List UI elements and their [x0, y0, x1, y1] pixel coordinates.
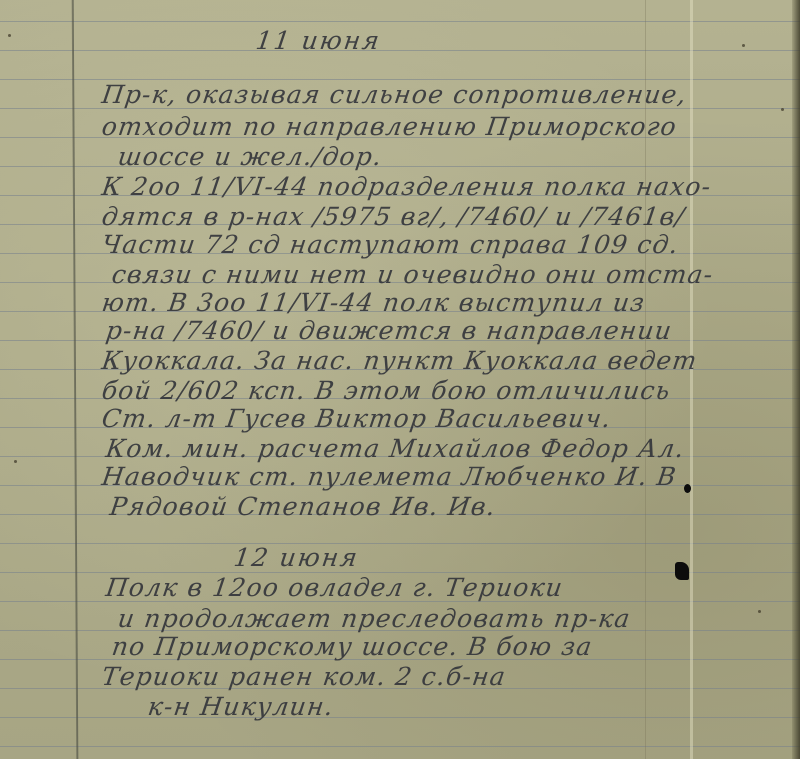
paper-hole: [675, 562, 689, 580]
paper-speck: [781, 108, 784, 111]
ink-blot: [684, 484, 691, 493]
entry-line: ют. В 3оо 11/VI-44 полк выступил из: [100, 288, 647, 317]
entry-line: Териоки ранен ком. 2 с.б-на: [100, 662, 508, 691]
margin-line: [72, 0, 79, 759]
entry-line: и продолжает преследовать пр-ка: [116, 604, 633, 633]
entry-line: связи с ними нет и очевидно они отста-: [110, 260, 715, 289]
paper-edge-shadow: [792, 0, 800, 759]
entry-line: по Приморскому шоссе. В бою за: [110, 632, 595, 661]
entry-line: отходит по направлению Приморского: [100, 112, 679, 141]
entry-line: Куоккала. За нас. пункт Куоккала ведет: [100, 346, 700, 375]
entry-line: Наводчик ст. пулемета Любченко И. В: [100, 462, 679, 491]
entry-line: р-на /7460/ и движется в направлении: [104, 316, 674, 345]
entry-line: Пр-к, оказывая сильное сопротивление,: [100, 80, 689, 109]
entry-line: Части 72 сд наступают справа 109 сд.: [100, 230, 681, 259]
entry-heading-11-june: 11 июня: [254, 26, 383, 55]
paper-speck: [14, 460, 17, 463]
entry-line: дятся в р-нах /5975 вг/, /7460/ и /7461в…: [100, 202, 687, 231]
diary-page: 11 июня Пр-к, оказывая сильное сопротивл…: [0, 0, 800, 759]
entry-line: к-н Никулин.: [146, 692, 336, 721]
paper-speck: [742, 44, 745, 47]
paper-fold: [690, 0, 693, 759]
entry-line: Ст. л-т Гусев Виктор Васильевич.: [100, 404, 614, 433]
entry-line: Рядовой Степанов Ив. Ив.: [108, 492, 498, 521]
entry-line: бой 2/602 ксп. В этом бою отличились: [100, 376, 673, 405]
paper-speck: [758, 610, 761, 613]
entry-line: Полк в 12оо овладел г. Териоки: [104, 573, 565, 602]
entry-line: Ком. мин. расчета Михайлов Федор Ал.: [104, 434, 687, 463]
entry-heading-12-june: 12 июня: [232, 543, 361, 572]
entry-line: К 2оо 11/VI-44 подразделения полка нахо-: [100, 172, 713, 201]
paper-speck: [8, 34, 11, 37]
entry-line: шоссе и жел./дор.: [116, 142, 384, 171]
